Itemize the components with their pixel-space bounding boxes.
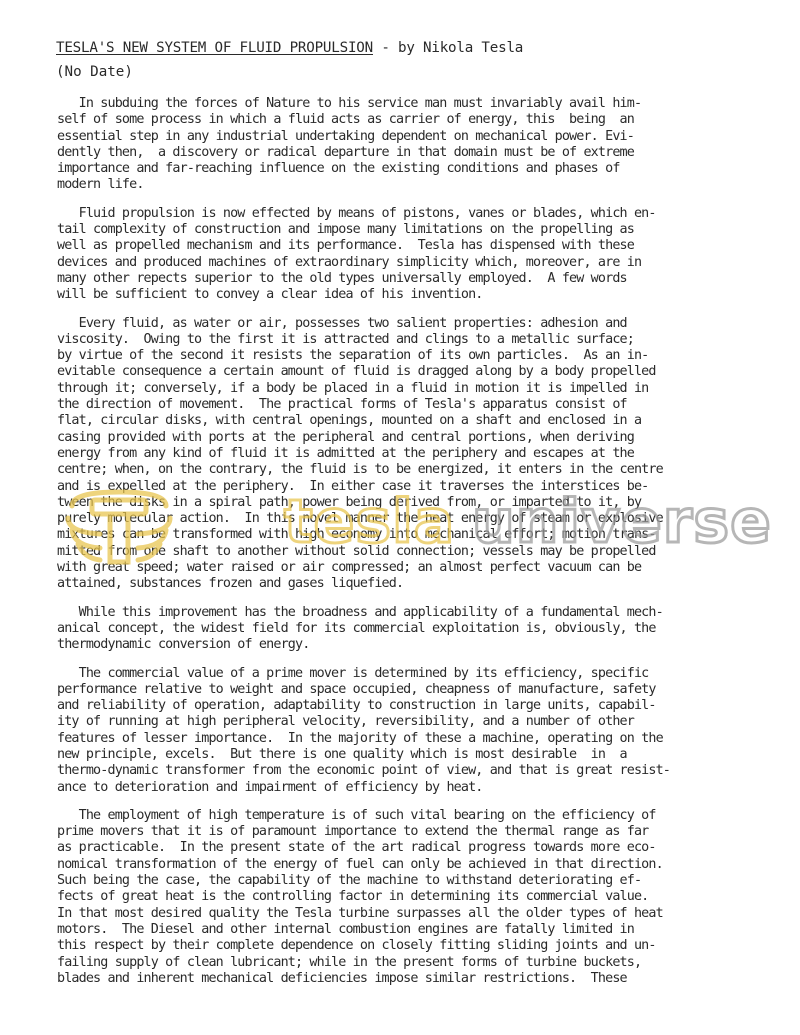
text-line: blades and inherent mechanical deficienc… [57, 971, 757, 987]
text-line: In that most desired quality the Tesla t… [57, 906, 757, 922]
text-line: purely molecular action. In this novel m… [57, 511, 757, 527]
text-line: by virtue of the second it resists the s… [57, 348, 757, 364]
text-line: will be sufficient to convey a clear ide… [57, 287, 757, 303]
paragraph: The commercial value of a prime mover is… [57, 666, 757, 796]
document-byline: - by Nikola Tesla [373, 40, 523, 56]
text-line: motors. The Diesel and other internal co… [57, 922, 757, 938]
text-line: casing provided with ports at the periph… [57, 430, 757, 446]
text-line: through it; conversely, if a body be pla… [57, 381, 757, 397]
text-line: viscosity. Owing to the first it is attr… [57, 332, 757, 348]
text-line: features of lesser importance. In the ma… [57, 731, 757, 747]
text-line: Every fluid, as water or air, possesses … [57, 316, 757, 332]
text-line: and reliability of operation, adaptabili… [57, 698, 757, 714]
text-line: the direction of movement. The practical… [57, 397, 757, 413]
text-line: The employment of high temperature is of… [57, 808, 757, 824]
text-line: performance relative to weight and space… [57, 682, 757, 698]
paragraph: Every fluid, as water or air, possesses … [57, 316, 757, 593]
text-line: thermodynamic conversion of energy. [57, 637, 757, 653]
paragraph: In subduing the forces of Nature to his … [57, 96, 757, 194]
text-line: In subduing the forces of Nature to his … [57, 96, 757, 112]
text-line: nomical transformation of the energy of … [57, 857, 757, 873]
text-line: modern life. [57, 177, 757, 193]
text-line: fects of great heat is the controlling f… [57, 889, 757, 905]
text-line: The commercial value of a prime mover is… [57, 666, 757, 682]
text-line: failing supply of clean lubricant; while… [57, 955, 757, 971]
text-line: evitable consequence a certain amount of… [57, 364, 757, 380]
text-line: importance and far-reaching influence on… [57, 161, 757, 177]
paragraph: The employment of high temperature is of… [57, 808, 757, 987]
text-line: While this improvement has the broadness… [57, 605, 757, 621]
text-line: Fluid propulsion is now effected by mean… [57, 206, 757, 222]
text-line: centre; when, on the contrary, the fluid… [57, 462, 757, 478]
document-page: TESLA'S NEW SYSTEM OF FLUID PROPULSION -… [0, 0, 800, 1035]
document-body: In subduing the forces of Nature to his … [57, 96, 757, 999]
text-line: and is expelled at the periphery. In eit… [57, 479, 757, 495]
text-line: ity of running at high peripheral veloci… [57, 714, 757, 730]
text-line: mixtures can be transformed with high ec… [57, 527, 757, 543]
text-line: Such being the case, the capability of t… [57, 873, 757, 889]
text-line: devices and produced machines of extraor… [57, 255, 757, 271]
text-line: flat, circular disks, with central openi… [57, 413, 757, 429]
text-line: dently then, a discovery or radical depa… [57, 145, 757, 161]
text-line: ance to deterioration and impairment of … [57, 780, 757, 796]
text-line: new principle, excels. But there is one … [57, 747, 757, 763]
text-line: mitted from one shaft to another without… [57, 544, 757, 560]
text-line: thermo-dynamic transformer from the econ… [57, 763, 757, 779]
paragraph: Fluid propulsion is now effected by mean… [57, 206, 757, 304]
text-line: essential step in any industrial underta… [57, 129, 757, 145]
text-line: well as propelled mechanism and its perf… [57, 238, 757, 254]
paragraph: While this improvement has the broadness… [57, 605, 757, 654]
text-line: this respect by their complete dependenc… [57, 938, 757, 954]
text-line: energy from any kind of fluid it is admi… [57, 446, 757, 462]
text-line: tween the disks in a spiral path, power … [57, 495, 757, 511]
text-line: many other repects superior to the old t… [57, 271, 757, 287]
text-line: as practicable. In the present state of … [57, 840, 757, 856]
text-line: attained, substances frozen and gases li… [57, 576, 757, 592]
document-header: TESLA'S NEW SYSTEM OF FLUID PROPULSION -… [56, 40, 523, 56]
text-line: prime movers that it is of paramount imp… [57, 824, 757, 840]
document-title: TESLA'S NEW SYSTEM OF FLUID PROPULSION [56, 40, 373, 56]
text-line: anical concept, the widest field for its… [57, 621, 757, 637]
text-line: with great speed; water raised or air co… [57, 560, 757, 576]
text-line: tail complexity of construction and impo… [57, 222, 757, 238]
text-line: self of some process in which a fluid ac… [57, 112, 757, 128]
document-date: (No Date) [56, 64, 133, 80]
